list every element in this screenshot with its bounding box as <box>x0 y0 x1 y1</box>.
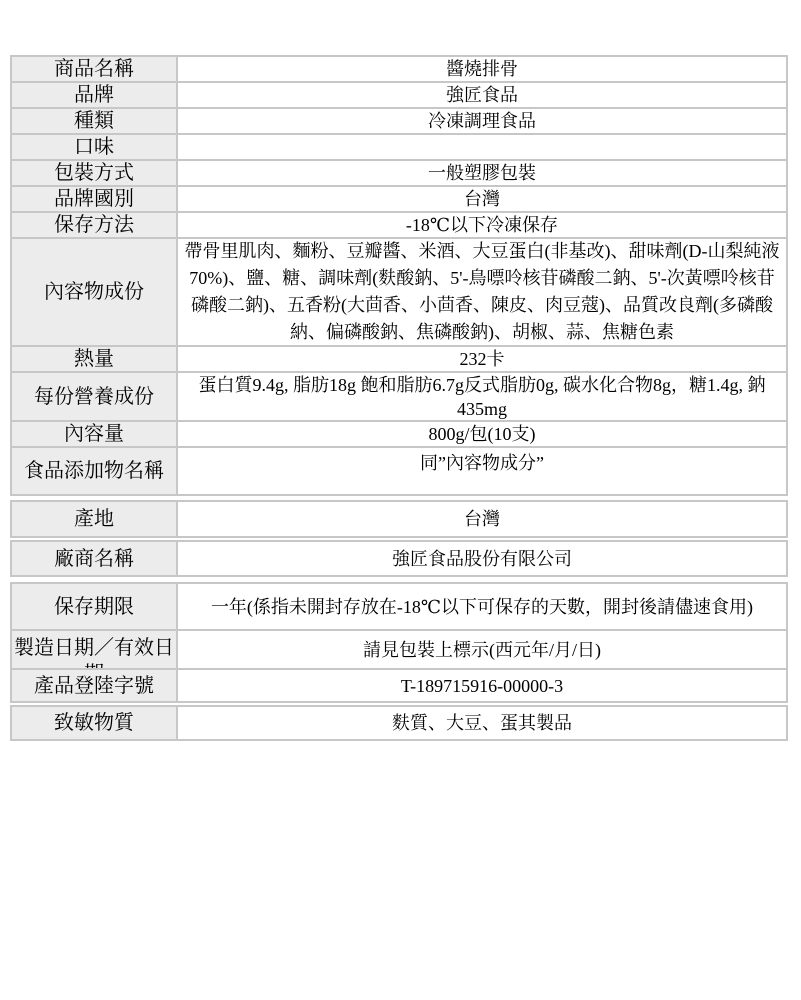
table-row-net-content: 內容量 800g/包(10支) <box>10 420 790 448</box>
table-row-origin: 產地 台灣 <box>10 500 790 538</box>
row-value: 強匠食品股份有限公司 <box>176 540 788 577</box>
row-label: 保存期限 <box>10 582 178 631</box>
row-label: 內容物成份 <box>10 237 178 347</box>
row-value: 台灣 <box>176 500 788 538</box>
row-label: 口味 <box>10 133 178 161</box>
row-value: 冷凍調理食品 <box>176 107 788 135</box>
table-row-product-name: 商品名稱 醬燒排骨 <box>10 55 790 83</box>
table-row-manufacturer: 廠商名稱 強匠食品股份有限公司 <box>10 540 790 577</box>
table-row-nutrition-per-serving: 每份營養成份 蛋白質9.4g, 脂肪18g 飽和脂肪6.7g反式脂肪0g, 碳水… <box>10 371 790 422</box>
row-label: 種類 <box>10 107 178 135</box>
row-label: 產地 <box>10 500 178 538</box>
table-row-manufacture-expiry-date: 製造日期／有效日期 請見包裝上標示(西元年/月/日) <box>10 629 790 670</box>
row-value: 麩質、大豆、蛋其製品 <box>176 705 788 741</box>
page: 商品名稱 醬燒排骨 品牌 強匠食品 種類 冷凍調理食品 口味 包裝方式 一般塑膠… <box>0 0 801 1000</box>
row-label: 品牌 <box>10 81 178 109</box>
table-row-ingredients: 內容物成份 帶骨里肌肉、麵粉、豆瓣醬、米酒、大豆蛋白(非基改)、甜味劑(D-山梨… <box>10 237 790 347</box>
row-label: 廠商名稱 <box>10 540 178 577</box>
row-label: 致敏物質 <box>10 705 178 741</box>
table-row-registration-number: 產品登陸字號 T-189715916-00000-3 <box>10 668 790 703</box>
table-row-shelf-life: 保存期限 一年(係指未開封存放在-18℃以下可保存的天數，開封後請儘速食用) <box>10 582 790 631</box>
row-label: 品牌國別 <box>10 185 178 213</box>
row-value: 帶骨里肌肉、麵粉、豆瓣醬、米酒、大豆蛋白(非基改)、甜味劑(D-山梨純液70%)… <box>176 237 788 347</box>
row-value: T-189715916-00000-3 <box>176 668 788 703</box>
table-row-brand-country: 品牌國別 台灣 <box>10 185 790 213</box>
row-value: 一般塑膠包裝 <box>176 159 788 187</box>
table-row-calories: 熱量 232卡 <box>10 345 790 373</box>
row-label: 保存方法 <box>10 211 178 239</box>
row-value: 強匠食品 <box>176 81 788 109</box>
table-row-category: 種類 冷凍調理食品 <box>10 107 790 135</box>
row-value: -18℃以下冷凍保存 <box>176 211 788 239</box>
row-value: 232卡 <box>176 345 788 373</box>
row-value: 請見包裝上標示(西元年/月/日) <box>176 629 788 670</box>
row-label: 每份營養成份 <box>10 371 178 422</box>
row-value: 800g/包(10支) <box>176 420 788 448</box>
row-value: 蛋白質9.4g, 脂肪18g 飽和脂肪6.7g反式脂肪0g, 碳水化合物8g，糖… <box>176 371 788 422</box>
table-row-flavor: 口味 <box>10 133 790 161</box>
row-label: 包裝方式 <box>10 159 178 187</box>
table-row-storage-method: 保存方法 -18℃以下冷凍保存 <box>10 211 790 239</box>
product-info-table: 商品名稱 醬燒排骨 品牌 強匠食品 種類 冷凍調理食品 口味 包裝方式 一般塑膠… <box>10 55 790 741</box>
row-label: 製造日期／有效日期 <box>10 629 178 670</box>
row-value <box>176 133 788 161</box>
row-label: 內容量 <box>10 420 178 448</box>
row-label: 食品添加物名稱 <box>10 446 178 496</box>
row-value: 醬燒排骨 <box>176 55 788 83</box>
table-row-food-additives: 食品添加物名稱 同”內容物成分” <box>10 446 790 496</box>
row-label: 熱量 <box>10 345 178 373</box>
row-value: 一年(係指未開封存放在-18℃以下可保存的天數，開封後請儘速食用) <box>176 582 788 631</box>
table-row-allergens: 致敏物質 麩質、大豆、蛋其製品 <box>10 705 790 741</box>
row-label: 商品名稱 <box>10 55 178 83</box>
table-row-brand: 品牌 強匠食品 <box>10 81 790 109</box>
table-row-packaging: 包裝方式 一般塑膠包裝 <box>10 159 790 187</box>
row-value: 台灣 <box>176 185 788 213</box>
row-value: 同”內容物成分” <box>176 446 788 496</box>
row-label: 產品登陸字號 <box>10 668 178 703</box>
